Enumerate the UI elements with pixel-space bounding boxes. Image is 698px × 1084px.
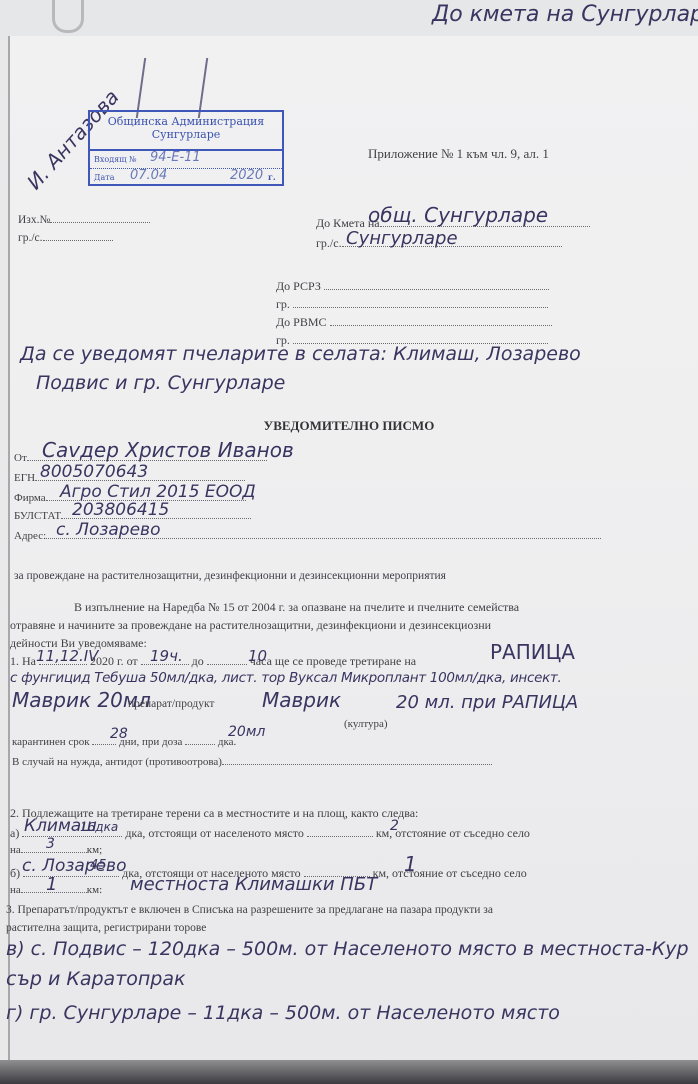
b-place-field[interactable] (23, 876, 119, 877)
item1-to-label: до (192, 654, 204, 668)
b-place: с. Лозарево (22, 856, 126, 876)
stamp-date-value: 07.04 (130, 167, 167, 184)
item1-product-label: препарат/продукт (128, 698, 214, 710)
bulstat-label: БУЛСТАТ (14, 510, 61, 522)
appendix-reference: Приложение № 1 към чл. 9, ал. 1 (368, 146, 549, 162)
mayor-city-label: гр./с. (316, 236, 342, 250)
rsrz-city-field[interactable] (293, 307, 548, 308)
stamp-line2: Сунгурларе (90, 128, 282, 141)
a-na-km: км; (87, 844, 102, 856)
rsrz-label: До РСРЗ (276, 279, 321, 293)
dose-field[interactable] (185, 744, 215, 745)
quarantine-mid: дни, при доза (119, 736, 182, 748)
rvms-label: До РВМС (276, 315, 327, 329)
a-na-value: 3 (46, 836, 55, 852)
a-na: на (10, 844, 21, 856)
top-handwritten-note: До кмета на Сунгурларе (432, 2, 698, 27)
b-na: на (10, 884, 21, 896)
signature-scribble (136, 58, 208, 118)
document-title: УВЕДОМИТЕЛНО ПИСМО (0, 418, 698, 434)
section3-line1: 3. Препаратът/продуктът е включен в Спис… (6, 904, 493, 916)
purpose-line: за провеждане на растителнозащитни, дези… (14, 570, 446, 582)
intro-line-1: В изпълнение на Наредба № 15 от 2004 г. … (74, 600, 519, 615)
item1-culture-label: (култура) (344, 718, 388, 730)
item1-to: 10 (248, 647, 267, 665)
egn-value: 8005070643 (40, 462, 148, 482)
extra-v-line2: сър и Каратопрак (6, 968, 186, 990)
bulstat-value: 203806415 (72, 500, 169, 520)
quarantine-field[interactable] (92, 744, 116, 745)
a-na-field[interactable] (21, 852, 87, 853)
ref-field[interactable] (50, 222, 150, 223)
item1-to-field[interactable] (207, 664, 247, 665)
b-na-value: 1 (46, 874, 57, 895)
firm-value: Агро Стил 2015 ЕООД (60, 482, 256, 502)
firm-label: Фирма (14, 492, 46, 504)
b-na-km: км: (87, 884, 102, 896)
extra-g-line1: г) гр. Сунгурларе – 11дка – 500м. от Нас… (6, 1002, 560, 1024)
a-dist: 2 (390, 818, 399, 834)
mayor-value: общ. Сунгурларе (368, 203, 548, 227)
item1-from: 19ч. (150, 647, 183, 665)
b-prefix: б) (10, 866, 20, 880)
request-line-2: Подвис и гр. Сунгурларе (36, 372, 285, 394)
b-area: 45 (90, 858, 107, 873)
background-bottom (0, 1060, 698, 1084)
paper-clip-icon (52, 0, 84, 33)
item1-crop: РАПИЦА (490, 640, 575, 664)
from-value: Сavдер Христов Иванов (42, 438, 294, 462)
address-value: с. Лозарево (56, 520, 160, 540)
b-dist: 1 (404, 852, 417, 876)
a-dist-field[interactable] (307, 836, 373, 837)
b-locality: местноста Климашки ПБТ (130, 874, 377, 895)
item1-date: 11,12.IV (36, 647, 98, 665)
item1-dose-note: 20 мл. при РАПИЦА (396, 692, 578, 713)
egn-label: ЕГН (14, 472, 35, 484)
rvms-field[interactable] (330, 325, 552, 326)
section3-line2: растителна защита, регистрирани торове (6, 922, 206, 934)
dose-value: 20мл (228, 724, 265, 740)
ref-label: Изх.№ (18, 214, 50, 226)
a-prefix: а) (10, 826, 19, 840)
a-mid: дка, отстоящи от населеното място (125, 826, 304, 840)
extra-v-line1: в) с. Подвис – 120дка – 500м. от Населен… (6, 938, 689, 960)
stamp-year-suffix: г. (268, 169, 276, 186)
a-area: 16дка (80, 820, 118, 834)
mayor-city-value: Сунгурларе (346, 228, 458, 249)
item1-prefix: 1. На (10, 654, 36, 668)
rsrz-field[interactable] (324, 289, 549, 290)
registry-stamp: Общинска Администрация Сунгурларе Входящ… (88, 110, 284, 186)
item1-suffix: часа ще се проведе третиране на (250, 654, 416, 668)
a-place-field[interactable] (22, 836, 122, 837)
b-km: км, отстояние от съседно село (373, 866, 527, 880)
antidote-field[interactable] (222, 764, 492, 765)
from-label: От (14, 452, 27, 464)
stamp-year-value: 2020 (230, 167, 263, 184)
intro-line-2: отравяне и начините за провеждане на рас… (10, 618, 491, 633)
quarantine-label: карантинен срок (12, 736, 90, 748)
stamp-line1: Общинска Администрация (90, 115, 282, 128)
address-label: Адрес: (14, 530, 46, 542)
city-field[interactable] (43, 240, 113, 241)
quarantine-value: 28 (110, 726, 128, 742)
rsrz-city-label: гр. (276, 297, 290, 311)
request-line-1: Да се уведомят пчеларите в селата: Клима… (20, 343, 581, 365)
stamp-date-label: Дата (94, 173, 114, 182)
antidote-label: В случай на нужда, антидот (противоотров… (12, 756, 222, 768)
city-label: гр./с. (18, 232, 43, 244)
item1-handwritten-line2: с фунгицид Тебуша 50мл/дка, лист. тор Ву… (10, 670, 562, 686)
item1-product-value: Маврик (262, 688, 341, 712)
stamp-entry-label: Входящ № (94, 155, 137, 164)
stamp-entry-value: 94-Е-11 (150, 149, 201, 166)
